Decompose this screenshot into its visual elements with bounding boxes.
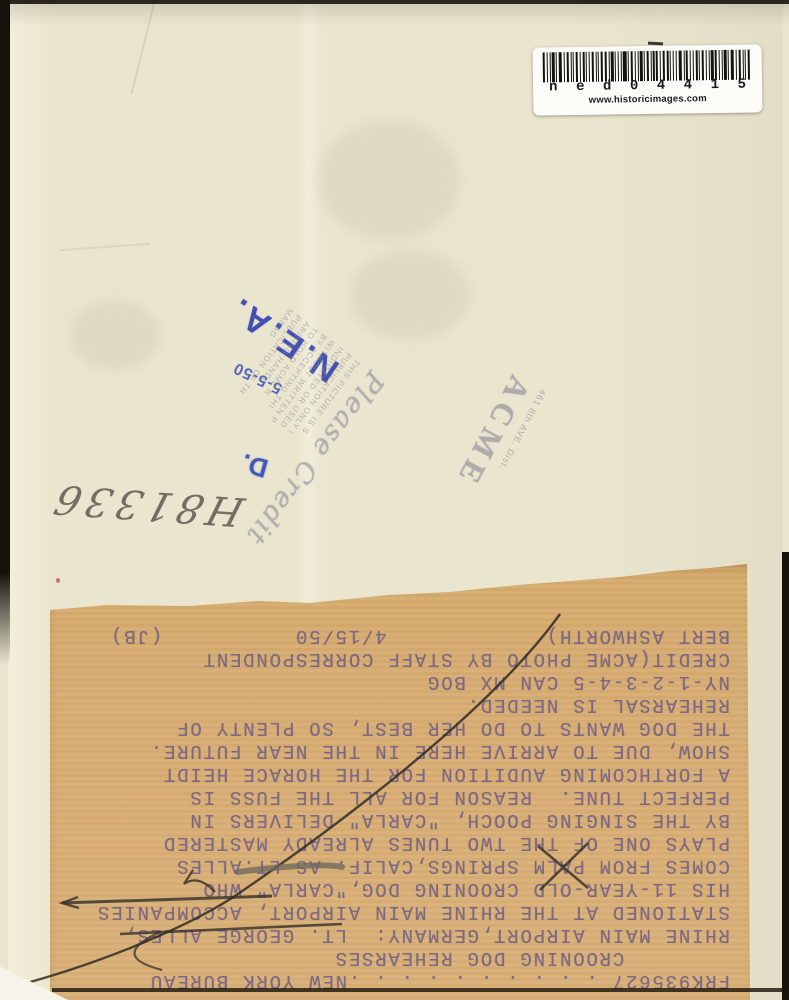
barcode-digit: d: [603, 79, 612, 95]
barcode-digit: 0: [630, 78, 639, 94]
press-photo-back-scan: N.E.A. 5-5-50 D. 461 8th AVE. Dist. ACME…: [0, 0, 789, 1000]
barcode-bar: [692, 50, 693, 80]
caption-line: STATIONED AT THE RHINE MAIN AIRPORT, ACC…: [58, 900, 730, 923]
barcode-bar: [559, 52, 563, 82]
barcode-bar: [611, 51, 614, 81]
caption-line: PLAYS ONE OF THE TWO TUNES ALREADY MASTE…: [58, 831, 730, 854]
paper-crease: [60, 243, 150, 251]
photo-bottom-edge: [52, 988, 782, 992]
barcode-bar: [653, 51, 654, 81]
barcode-bar: [579, 52, 580, 82]
barcode-bar: [686, 50, 689, 80]
barcode-bar: [552, 52, 555, 82]
barcode-bar: [728, 50, 729, 80]
barcode-label: ned04415 www.historicimages.com: [533, 44, 763, 115]
barcode-bar: [706, 50, 707, 80]
barcode-bar: [644, 51, 645, 81]
barcode-digit: 1: [711, 77, 720, 93]
caption-line: SHOW, DUE TO ARRIVE HERE IN THE NEAR FUT…: [58, 739, 730, 762]
barcode-bar: [738, 50, 741, 80]
barcode-bar: [543, 52, 546, 82]
nea-date-stamp: 5-5-50: [197, 341, 286, 397]
barcode-bar: [748, 50, 751, 80]
barcode-bar: [715, 50, 718, 80]
barcode-bar: [742, 50, 743, 80]
barcode-bar: [615, 51, 616, 81]
barcode-bar: [675, 51, 676, 81]
barcode-bar: [635, 51, 636, 81]
barcode-bar: [719, 50, 720, 80]
barcode-bar: [724, 50, 727, 80]
barcode-bar: [731, 50, 735, 80]
barcode-bar: [745, 50, 746, 80]
barcode-bar: [598, 52, 599, 82]
caption-line: THE DOG WANTS TO DO HER BEST, SO PLENTY …: [58, 716, 730, 739]
barcode-bar: [605, 52, 608, 82]
please-credit-stamp: Please Credit THIS PICTURE IS SPUBLICATI…: [136, 306, 390, 584]
barcode-bar: [631, 51, 634, 81]
barcode-bar: [556, 52, 557, 82]
barcode-digit: 4: [684, 77, 693, 93]
caption-line: COMES FROM PALM SPRINGS,CALIF. AS LT.ALL…: [58, 854, 730, 877]
scan-edge-top: [0, 0, 789, 4]
blue-d-mark: D.: [225, 443, 272, 484]
barcode-bar: [660, 51, 661, 81]
caption-line: CROONING DOG REHEARSES: [58, 946, 730, 969]
barcode-bar: [591, 52, 594, 82]
barcode-bar: [547, 52, 548, 82]
caption-text-rotated: FRK935627 . . . . . . . . . .NEW YORK BU…: [58, 622, 730, 992]
acme-address-stamp: 461 8th AVE. Dist. ACME: [426, 370, 548, 543]
caption-line: BERT ASHWORTH) 4/15/50 (JB): [58, 624, 730, 647]
barcode-bar: [620, 51, 621, 81]
barcode-bar: [683, 50, 684, 80]
ghost-impression: [350, 250, 470, 340]
barcode-bar: [640, 51, 643, 81]
barcode-bar: [628, 51, 629, 81]
ghost-impression: [320, 120, 460, 240]
caption-line: CREDIT(ACME PHOTO BY STAFF CORRESPONDENT: [58, 647, 730, 670]
handwritten-code: H81336: [52, 476, 250, 534]
barcode-bar: [673, 51, 674, 81]
barcode-bar: [711, 50, 714, 80]
barcode-bar: [690, 50, 691, 80]
red-speck: [56, 578, 60, 583]
barcode-bar: [678, 51, 682, 81]
barcode-bar: [595, 52, 596, 82]
barcode-bar: [656, 51, 659, 81]
caption-line: A FORTHCOMING AUDITION FOR THE HORACE HE…: [58, 762, 730, 785]
barcode-bar: [708, 50, 709, 80]
barcode-bar: [670, 51, 671, 81]
barcode-bar: [618, 51, 619, 81]
barcode-digit: 4: [657, 78, 666, 94]
ink-dash: [648, 42, 663, 46]
fineprint-line: MANAG: [136, 306, 295, 512]
barcode-bar: [586, 52, 587, 82]
barcode-bar: [647, 51, 650, 81]
barcode-bar: [589, 52, 590, 82]
paper-light-band: [8, 0, 56, 1000]
scan-edge-left: [0, 0, 10, 665]
barcode-bar: [666, 51, 669, 81]
caption-line: PERFECT TUNE. REASON FOR ALL THE FUSS IS: [58, 785, 730, 808]
barcode-bar: [564, 52, 565, 82]
barcode-bar: [566, 52, 569, 82]
nea-stamp: N.E.A.: [200, 273, 346, 389]
caption-line: REHEARSAL IS NEEDED.: [58, 693, 730, 716]
barcode-bar: [549, 52, 550, 82]
barcode-digit: n: [549, 79, 558, 95]
barcode-bar: [736, 50, 737, 80]
acme-name: ACME: [426, 370, 538, 537]
paper-streak: [296, 0, 322, 620]
barcode-bar: [699, 50, 700, 80]
barcode-url: www.historicimages.com: [543, 93, 752, 107]
barcode-bar: [573, 52, 574, 82]
please-credit-script: Please Credit: [215, 365, 390, 583]
caption-line: RHINE MAIN AIRPORT,GERMANY: LT. GEORGE A…: [58, 923, 730, 946]
barcode-bar: [662, 51, 665, 81]
scan-edge-right: [782, 552, 789, 1000]
barcode-bar: [570, 52, 571, 82]
barcode-bar: [721, 50, 722, 80]
barcode-bar: [576, 52, 579, 82]
barcode-bar: [582, 52, 585, 82]
paper-crease: [131, 1, 156, 94]
barcode-digit: 5: [738, 77, 747, 93]
barcode-bar: [695, 50, 698, 80]
ghost-impression: [70, 300, 160, 370]
barcode-bar: [702, 50, 705, 80]
barcode-bar: [650, 51, 651, 81]
caption-lines: FRK935627 . . . . . . . . . .NEW YORK BU…: [58, 624, 730, 992]
barcode-bar: [601, 52, 604, 82]
barcode-bar: [637, 51, 638, 81]
barcode-bar: [608, 52, 609, 82]
caption-line: BY THE SINGING POOCH, "CARLA" DELIVERS I…: [58, 808, 730, 831]
barcode-bar: [623, 51, 627, 81]
barcode-digit: e: [576, 79, 585, 95]
acme-address-line: 461 8th AVE. Dist.: [459, 388, 548, 543]
caption-line: NY-1-2-3-4-5 CAN MX BOG: [58, 670, 730, 693]
caption-line: HIS 11-YEAR-OLD CROONING DOG,"CARLA" WHO: [58, 877, 730, 900]
